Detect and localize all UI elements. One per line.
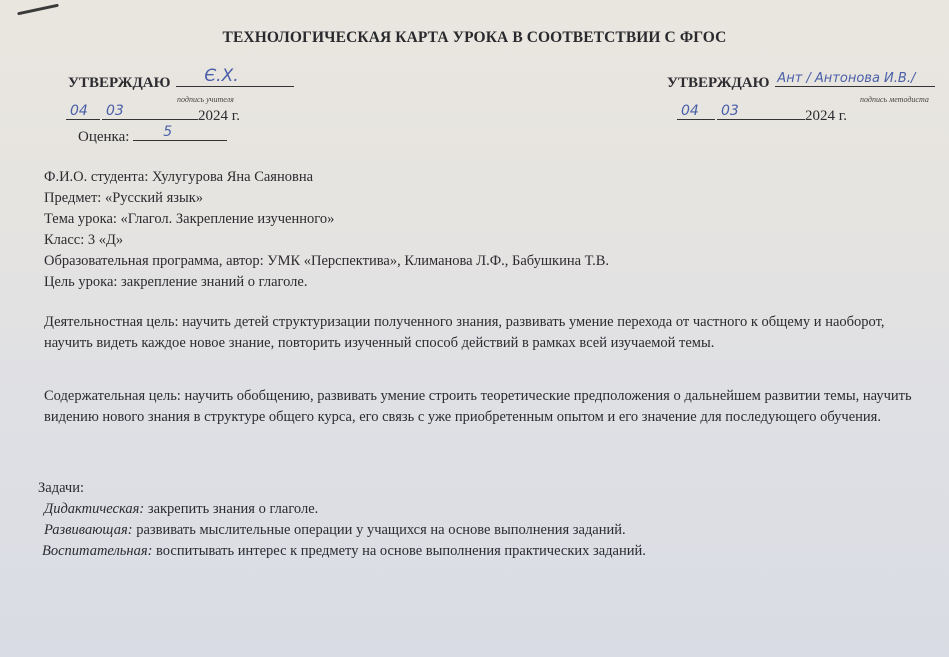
- task-text: воспитывать интерес к предмету на основе…: [152, 543, 645, 559]
- subject: Предмет: «Русский язык»: [44, 188, 609, 209]
- methodist-date: 04032024 г.: [677, 104, 847, 125]
- tasks-heading: Задачи:: [38, 478, 646, 499]
- student-name: Ф.И.О. студента: Хулугурова Яна Саяновна: [44, 167, 609, 188]
- lesson-topic: Тема урока: «Глагол. Закрепление изученн…: [44, 209, 609, 230]
- teacher-approval: УТВЕРЖДАЮ Є.Х.: [68, 70, 294, 92]
- content-goal: Содержательная цель: научить обобщению, …: [44, 386, 934, 428]
- task-didactic: Дидактическая: закрепить знания о глагол…: [38, 499, 646, 520]
- methodist-signature-line: Ант / Антонова И.В./: [775, 70, 935, 87]
- activity-goal: Деятельностная цель: научить детей струк…: [44, 312, 934, 354]
- methodist-signature-caption: подпись методиста: [860, 95, 929, 104]
- task-text: развивать мыслительные операции у учащих…: [133, 522, 626, 538]
- teacher-date-year: 2024 г.: [198, 108, 240, 124]
- task-type: Дидактическая:: [44, 501, 144, 517]
- staple-mark: [17, 4, 59, 16]
- approve-label: УТВЕРЖДАЮ: [68, 75, 171, 91]
- document-page: ТЕХНОЛОГИЧЕСКАЯ КАРТА УРОКА В СООТВЕТСТВ…: [0, 0, 949, 657]
- methodist-date-month: 03: [717, 104, 805, 120]
- lesson-info: Ф.И.О. студента: Хулугурова Яна Саяновна…: [44, 167, 609, 293]
- methodist-date-day: 04: [677, 104, 715, 120]
- document-title: ТЕХНОЛОГИЧЕСКАЯ КАРТА УРОКА В СООТВЕТСТВ…: [0, 29, 949, 47]
- methodist-signature: Ант / Антонова И.В./: [777, 71, 915, 86]
- lesson-goal: Цель урока: закрепление знаний о глаголе…: [44, 272, 609, 293]
- task-educational: Воспитательная: воспитывать интерес к пр…: [38, 541, 646, 562]
- teacher-date-month: 03: [102, 104, 198, 120]
- tasks-section: Задачи: Дидактическая: закрепить знания …: [38, 478, 646, 562]
- task-developing: Развивающая: развивать мыслительные опер…: [38, 520, 646, 541]
- approve-label: УТВЕРЖДАЮ: [667, 75, 770, 91]
- teacher-signature-line: Є.Х.: [176, 70, 294, 87]
- teacher-signature-caption: подпись учителя: [177, 95, 234, 104]
- educational-program: Образовательная программа, автор: УМК «П…: [44, 251, 609, 272]
- teacher-signature: Є.Х.: [204, 66, 238, 86]
- task-type: Развивающая:: [44, 522, 133, 538]
- grade-value: 5: [163, 124, 172, 140]
- methodist-date-year: 2024 г.: [805, 108, 847, 124]
- task-text: закрепить знания о глаголе.: [144, 501, 318, 517]
- grade-value-line: 5: [133, 125, 227, 141]
- task-type: Воспитательная:: [42, 543, 152, 559]
- methodist-approval: УТВЕРЖДАЮ Ант / Антонова И.В./: [667, 70, 935, 92]
- grade: Оценка: 5: [78, 125, 227, 146]
- teacher-date-day: 04: [66, 104, 100, 120]
- teacher-date: 04032024 г.: [66, 104, 240, 125]
- class: Класс: 3 «Д»: [44, 230, 609, 251]
- grade-label: Оценка:: [78, 129, 129, 145]
